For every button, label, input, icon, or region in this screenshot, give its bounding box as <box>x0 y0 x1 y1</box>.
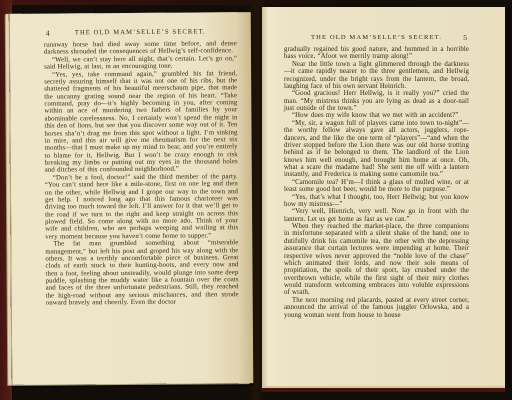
page-body-right: gradually regained his good nature, and … <box>284 46 469 319</box>
paragraph: The next morning red placards, pasted at… <box>284 297 469 319</box>
page-left: 4 THE OLD MAM’SELLE’S SECRET. runaway ho… <box>9 12 254 385</box>
paragraph: “Camomile tea? H’m—I think a glass of mu… <box>284 179 469 194</box>
paragraph: The fat man grumbled something about “mi… <box>45 239 238 307</box>
paragraph: “Yes, that’s what I thought, too, Herr H… <box>284 194 469 209</box>
running-title: THE OLD MAM’SELLE’S SECRET. <box>311 34 442 41</box>
paragraph: runaway horse had died away some time be… <box>44 40 237 56</box>
page-right: THE OLD MAM’SELLE’S SECRET. 5 gradually … <box>262 7 505 388</box>
page-header-left: 4 THE OLD MAM’SELLE’S SECRET. <box>44 27 237 37</box>
paragraph: Near the little town a light glimmered t… <box>284 61 469 91</box>
running-title: THE OLD MAM’SELLE’S SECRET. <box>75 28 206 36</box>
paragraph: “Yes, yes, take command again,” grumbled… <box>44 70 238 175</box>
page-number: 5 <box>463 33 467 42</box>
paragraph: “Very well, Hienrich, very well. Now go … <box>284 208 469 223</box>
page-body-left: runaway horse had died away some time be… <box>44 40 239 307</box>
page-number: 4 <box>46 29 50 38</box>
paragraph: When they reached the market-place, the … <box>284 223 469 297</box>
paragraph: “Don’t be a fool, doctor!” said the thir… <box>45 173 238 241</box>
paragraph: “Good gracious! Herr Hellwig, is it real… <box>284 90 469 112</box>
paragraph: “My, sir, a wagon full of players came i… <box>284 120 469 179</box>
paragraph: “How does my wife know that we met with … <box>284 112 469 119</box>
paragraph: “Well, we can’t stay here all night, tha… <box>44 55 237 71</box>
page-header-right: THE OLD MAM’SELLE’S SECRET. 5 <box>284 33 469 42</box>
paragraph: gradually regained his good nature, and … <box>284 46 469 61</box>
